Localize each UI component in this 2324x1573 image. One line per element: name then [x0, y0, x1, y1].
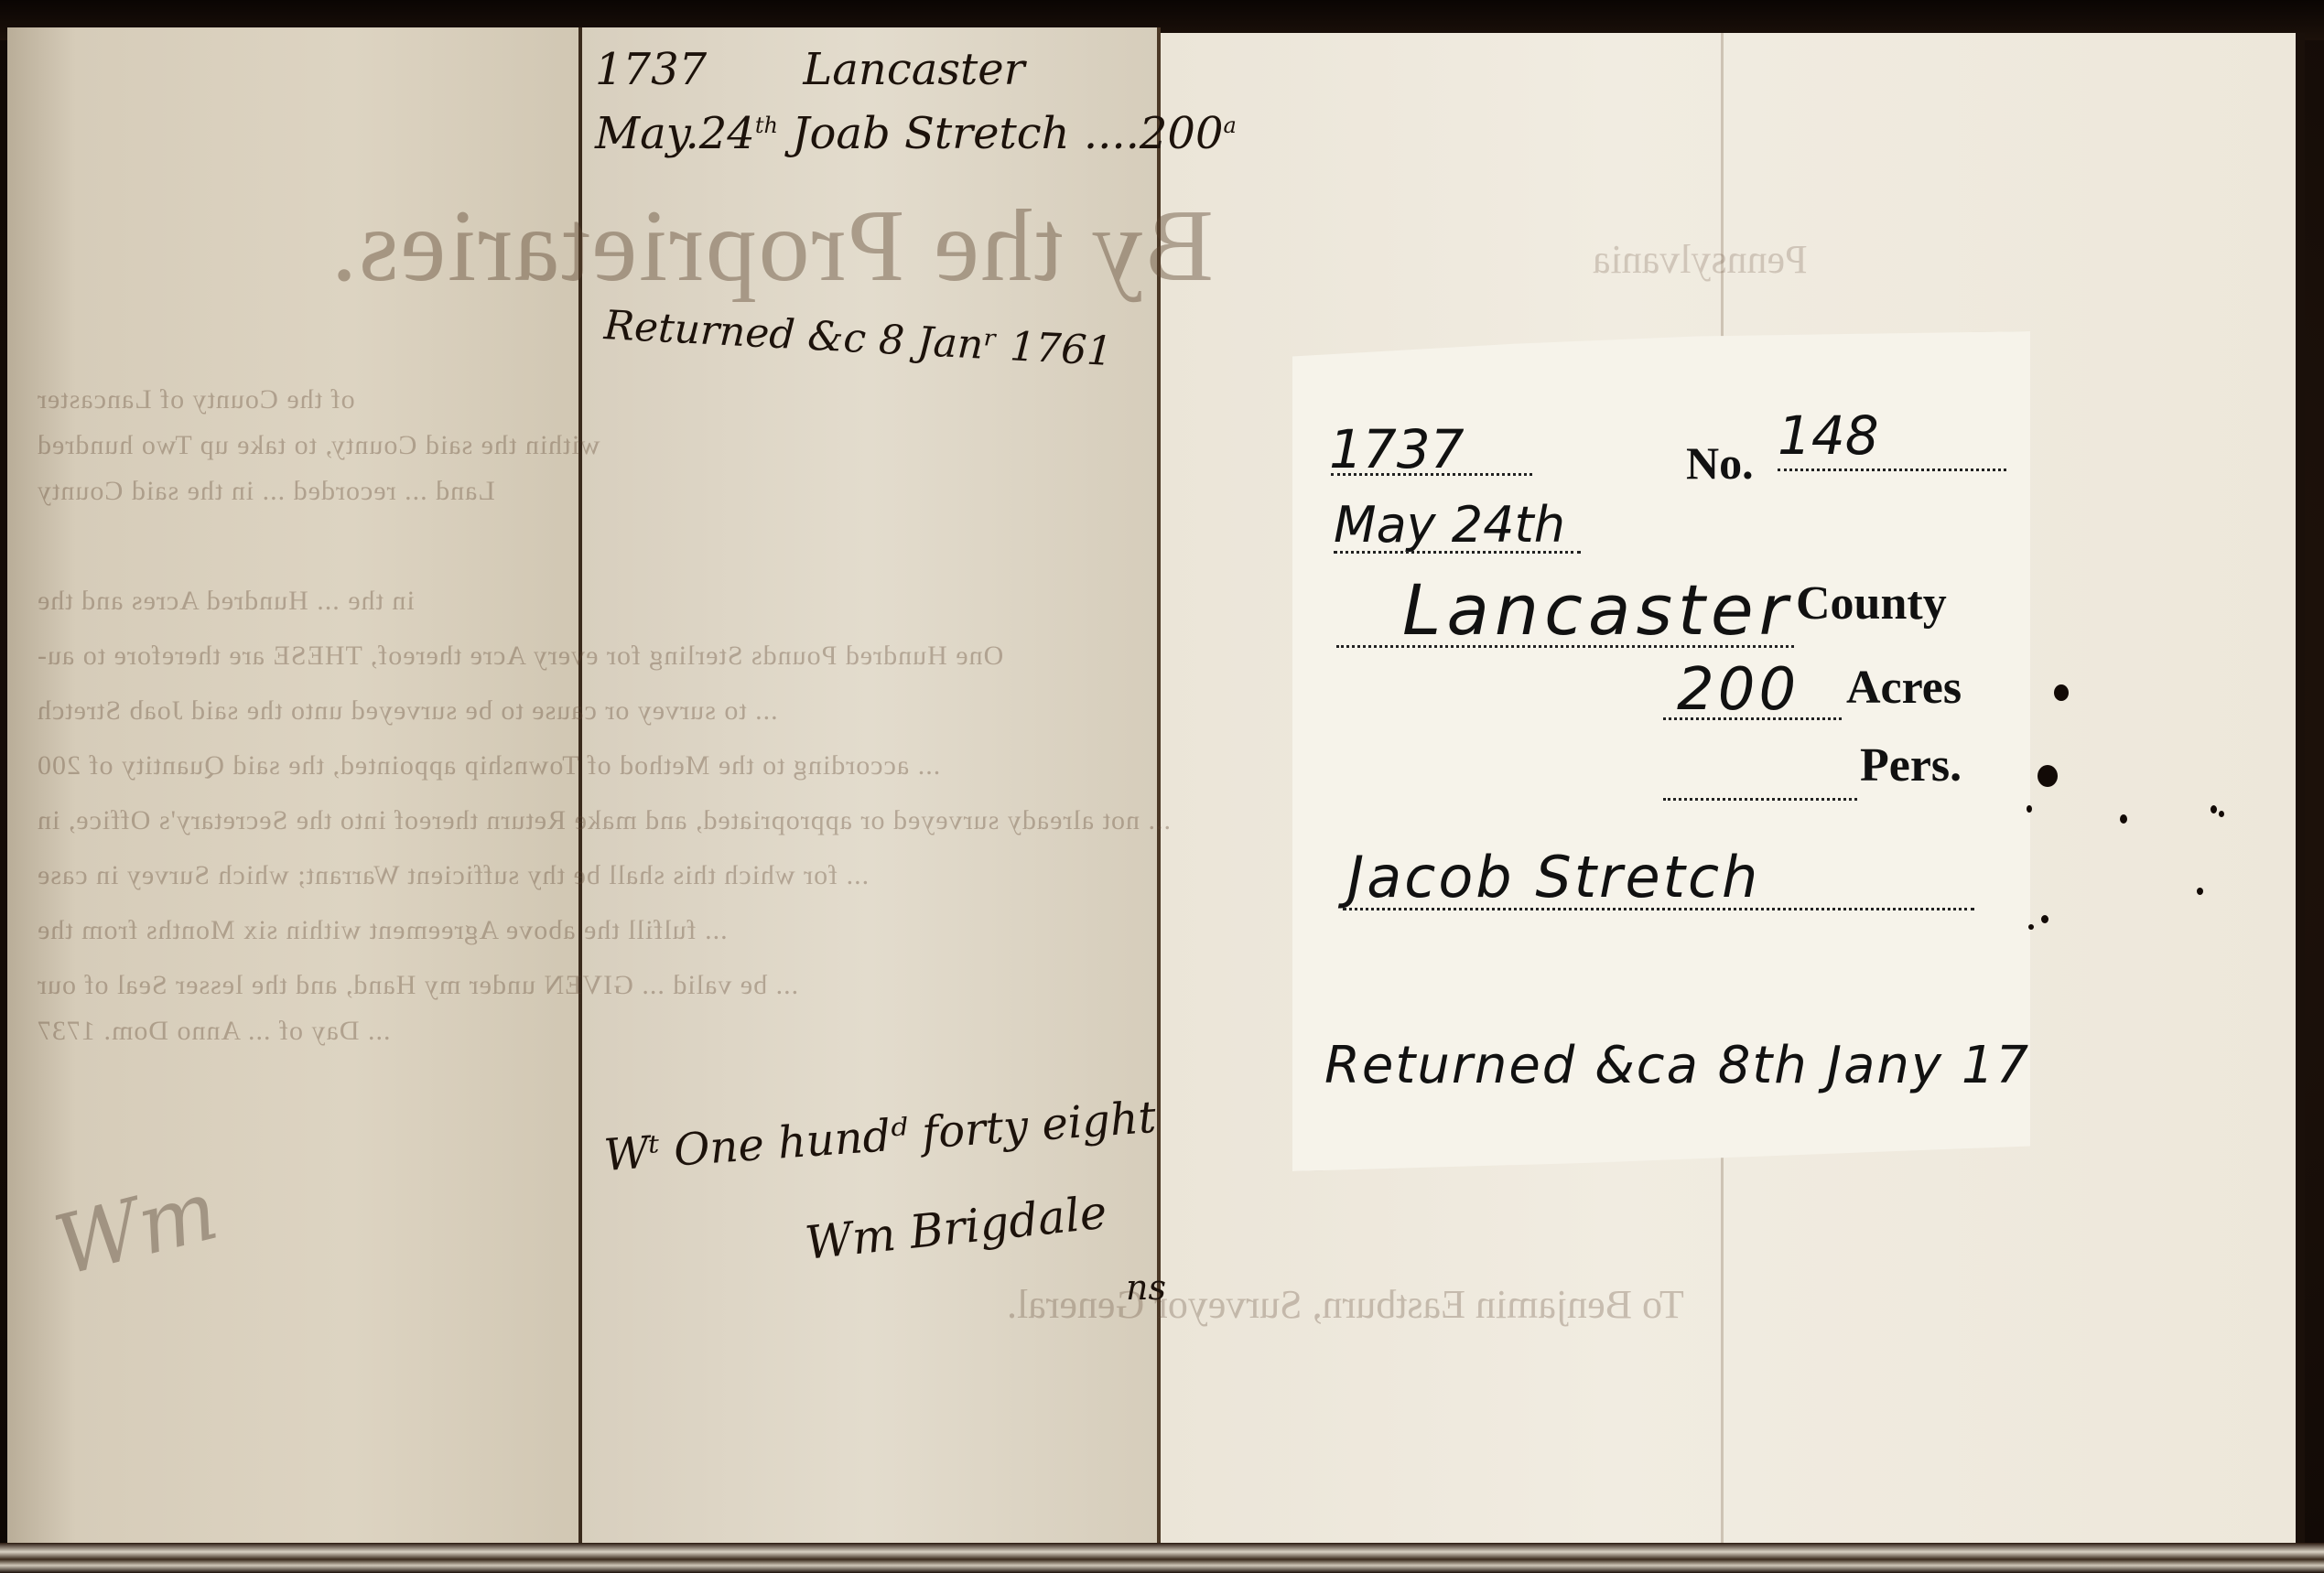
docket-date-suffix: th: [755, 113, 778, 138]
docket-acres-suffix: a: [1224, 113, 1237, 138]
card-name: Jacob Stretch: [1347, 844, 1760, 910]
card-number-value: 148: [1778, 404, 1879, 467]
ghost-title: By the Proprietaries.: [330, 188, 1214, 306]
card-pers-line: [1663, 798, 1857, 801]
card-year-line: [1331, 473, 1532, 476]
card-name-line: [1343, 908, 1974, 910]
ink-spot: [2038, 765, 2058, 787]
docket-header-line2: May.24th Joab Stretch ....200a: [595, 108, 1237, 159]
card-returned: Returned &ca 8th Jany 1761: [1324, 1036, 2099, 1095]
card-number-label: No.: [1686, 436, 1754, 490]
ghost-line: within the said County, to take up Two h…: [37, 430, 600, 461]
ghost-line: ... for which this shall be thy sufficie…: [37, 860, 869, 891]
ink-spot: [2120, 814, 2127, 824]
docket-acres: ....200: [1084, 108, 1224, 159]
bottom-edge: [0, 1543, 2324, 1573]
ghost-line: ... not already surveyed or appropriated…: [37, 805, 1171, 836]
ghost-line: ... Day of ... Anno Dom. 1737: [37, 1016, 390, 1047]
ghost-line: of the County of Lancaster: [37, 384, 355, 415]
card-year: 1737: [1329, 418, 1465, 480]
ghost-line: ... to survey or cause to be surveyed un…: [37, 695, 778, 727]
card-county-value: Lancaster: [1402, 569, 1793, 651]
ink-spot: [2197, 888, 2203, 895]
ink-spot: [2219, 811, 2224, 817]
card-date: May 24th: [1334, 496, 1565, 554]
ghost-line: ... be valid ... GIVEN under my Hand, an…: [37, 970, 798, 1001]
ghost-footer: To Benjamin Eastburn, Surveyor General.: [1007, 1281, 1684, 1328]
card-acres-line: [1663, 717, 1842, 720]
ghost-line: in the ... Hundred Acres and the: [37, 586, 415, 617]
card-county-line: [1336, 645, 1794, 648]
ghost-line: Land ... recorded ... in the said County: [37, 476, 495, 507]
ghost-line: ... according to the Method of Township …: [37, 750, 940, 781]
card-acres-value: 200: [1677, 656, 1800, 724]
docket-year: 1737: [595, 44, 707, 95]
ink-spot: [2027, 805, 2032, 813]
card-acres-label: Acres: [1846, 661, 1962, 715]
card-county-label: County: [1796, 576, 1947, 630]
ghost-corner: Pennsylvania: [1593, 236, 1808, 283]
card-date-line: [1334, 551, 1581, 554]
card-pers-label: Pers.: [1860, 738, 1962, 792]
ink-spot: [2211, 805, 2217, 813]
docket-name: Joab Stretch: [792, 108, 1069, 159]
ink-spot: [2041, 915, 2048, 923]
ghost-line: ... fulfill the above Agreement within s…: [37, 915, 728, 946]
docket-header-line1: 1737 Lancaster: [595, 44, 1025, 95]
ink-spot: [2054, 684, 2069, 701]
docket-county: Lancaster: [803, 44, 1024, 95]
ink-spot: [2028, 924, 2034, 930]
docket-initials: ns: [1126, 1267, 1166, 1308]
docket-date: May.24: [595, 108, 755, 159]
label-card: 1737 No. 148 May 24th Lancaster County 2…: [1292, 331, 2030, 1171]
card-number-line: [1778, 469, 2006, 471]
ghost-line: One Hundred Pounds Sterling for every Ac…: [37, 641, 1003, 672]
